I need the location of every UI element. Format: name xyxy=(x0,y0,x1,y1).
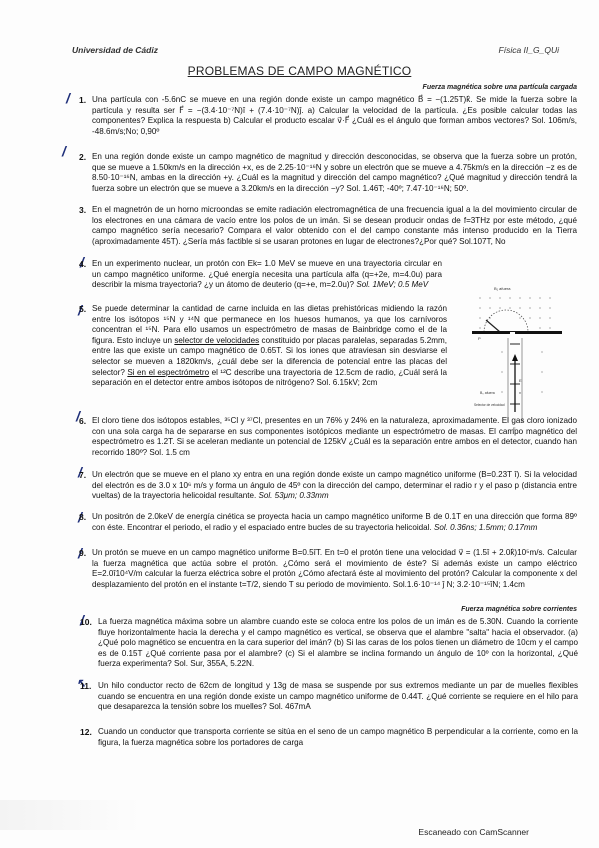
header-university: Universidad de Cádiz xyxy=(72,45,158,55)
problem-number: 5. xyxy=(79,304,86,315)
problem-text: En una región donde existe un campo magn… xyxy=(92,152,577,194)
problem-number: 10. xyxy=(80,617,92,628)
scan-shadow xyxy=(0,800,140,830)
problem-12: 12. Cuando un conductor que transporta c… xyxy=(98,727,578,748)
problem-number: 6. xyxy=(79,416,86,427)
page-title: PROBLEMAS DE CAMPO MAGNÉTICO xyxy=(0,64,599,78)
problem-11: 11. Un hilo conductor recto de 62cm de l… xyxy=(98,681,578,713)
problem-text: Un hilo conductor recto de 62cm de longi… xyxy=(98,681,578,713)
problem-text: Una partícula con -5.6nC se mueve en una… xyxy=(92,95,577,137)
problem-text: Un electrón que se mueve en el plano xy … xyxy=(92,470,577,500)
problem-1: 1. Una partícula con -5.6nC se mueve en … xyxy=(92,95,577,137)
problem-10: 10. La fuerza magnética máxima sobre un … xyxy=(98,617,578,670)
svg-text:P: P xyxy=(478,336,481,341)
svg-text:B₀ afuera: B₀ afuera xyxy=(480,391,495,395)
problem-4: 4. En un experimento nuclear, un protón … xyxy=(92,259,442,291)
svg-text:Selector de velocidad: Selector de velocidad xyxy=(474,403,505,407)
scanned-page: Universidad de Cádiz Física II_G_QUi PRO… xyxy=(0,0,599,848)
problem-number: 9. xyxy=(79,548,86,559)
problem-number: 8. xyxy=(79,512,86,523)
problem-solution: Sol. 1MeV; 0.5 MeV xyxy=(356,280,428,289)
mass-spectrometer-figure: B₁ afuera P E v B₀ afuera S xyxy=(472,282,562,432)
scanner-watermark: Escaneado con CamScanner xyxy=(418,827,529,837)
underlined-phrase-velocity-selector: selector de velocidades xyxy=(174,336,259,345)
section-heading-particle: Fuerza magnética sobre una partícula car… xyxy=(423,84,577,91)
problem-8: 8. Un positrón de 2.0keV de energía ciné… xyxy=(92,512,577,533)
problem-number: 2. xyxy=(79,152,86,163)
problem-2: 2. En una región donde existe un campo m… xyxy=(92,152,577,194)
problem-text: El cloro tiene dos isótopos estables, ³⁵… xyxy=(92,416,577,458)
problem-text: Un protón se mueve en un campo magnético… xyxy=(92,548,577,590)
problem-number: 4. xyxy=(79,259,86,270)
problem-number: 11. xyxy=(80,681,91,692)
problem-text: En el magnetrón de un horno microondas s… xyxy=(92,205,577,247)
svg-text:B₁ afuera: B₁ afuera xyxy=(494,286,511,291)
problem-number: 3. xyxy=(79,205,86,216)
problem-number: 7. xyxy=(79,470,86,481)
handwritten-check-mark: / xyxy=(62,143,66,159)
problem-7: 7. Un electrón que se mueve en el plano … xyxy=(92,470,577,502)
problem-solution: Sol. 53μm; 0.33mm xyxy=(258,491,328,500)
underlined-phrase-spectrometer: Si en el espectrómetro xyxy=(127,368,209,377)
header-course: Física II_G_QUi xyxy=(499,45,559,55)
problem-number: 12. xyxy=(80,727,92,738)
problem-9: 9. Un protón se mueve en un campo magnét… xyxy=(92,548,577,590)
spectrometer-diagram: B₁ afuera P E v B₀ afuera S xyxy=(472,282,562,432)
problem-5: 5. Se puede determinar la cantidad de ca… xyxy=(92,304,447,389)
section-heading-currents: Fuerza magnética sobre corrientes xyxy=(461,606,577,613)
problem-text: Cuando un conductor que transporta corri… xyxy=(98,727,578,748)
svg-text:v: v xyxy=(519,390,521,395)
problem-3: 3. En el magnetrón de un horno microonda… xyxy=(92,205,577,247)
svg-text:E: E xyxy=(519,378,522,383)
problem-number: 1. xyxy=(79,95,86,106)
problem-text: La fuerza magnética máxima sobre un alam… xyxy=(98,617,578,670)
problem-6: 6. El cloro tiene dos isótopos estables,… xyxy=(92,416,577,458)
handwritten-check-mark: / xyxy=(66,90,70,106)
problem-solution: Sol. 0.36ns; 1.5mm; 0.17mm xyxy=(434,523,537,532)
